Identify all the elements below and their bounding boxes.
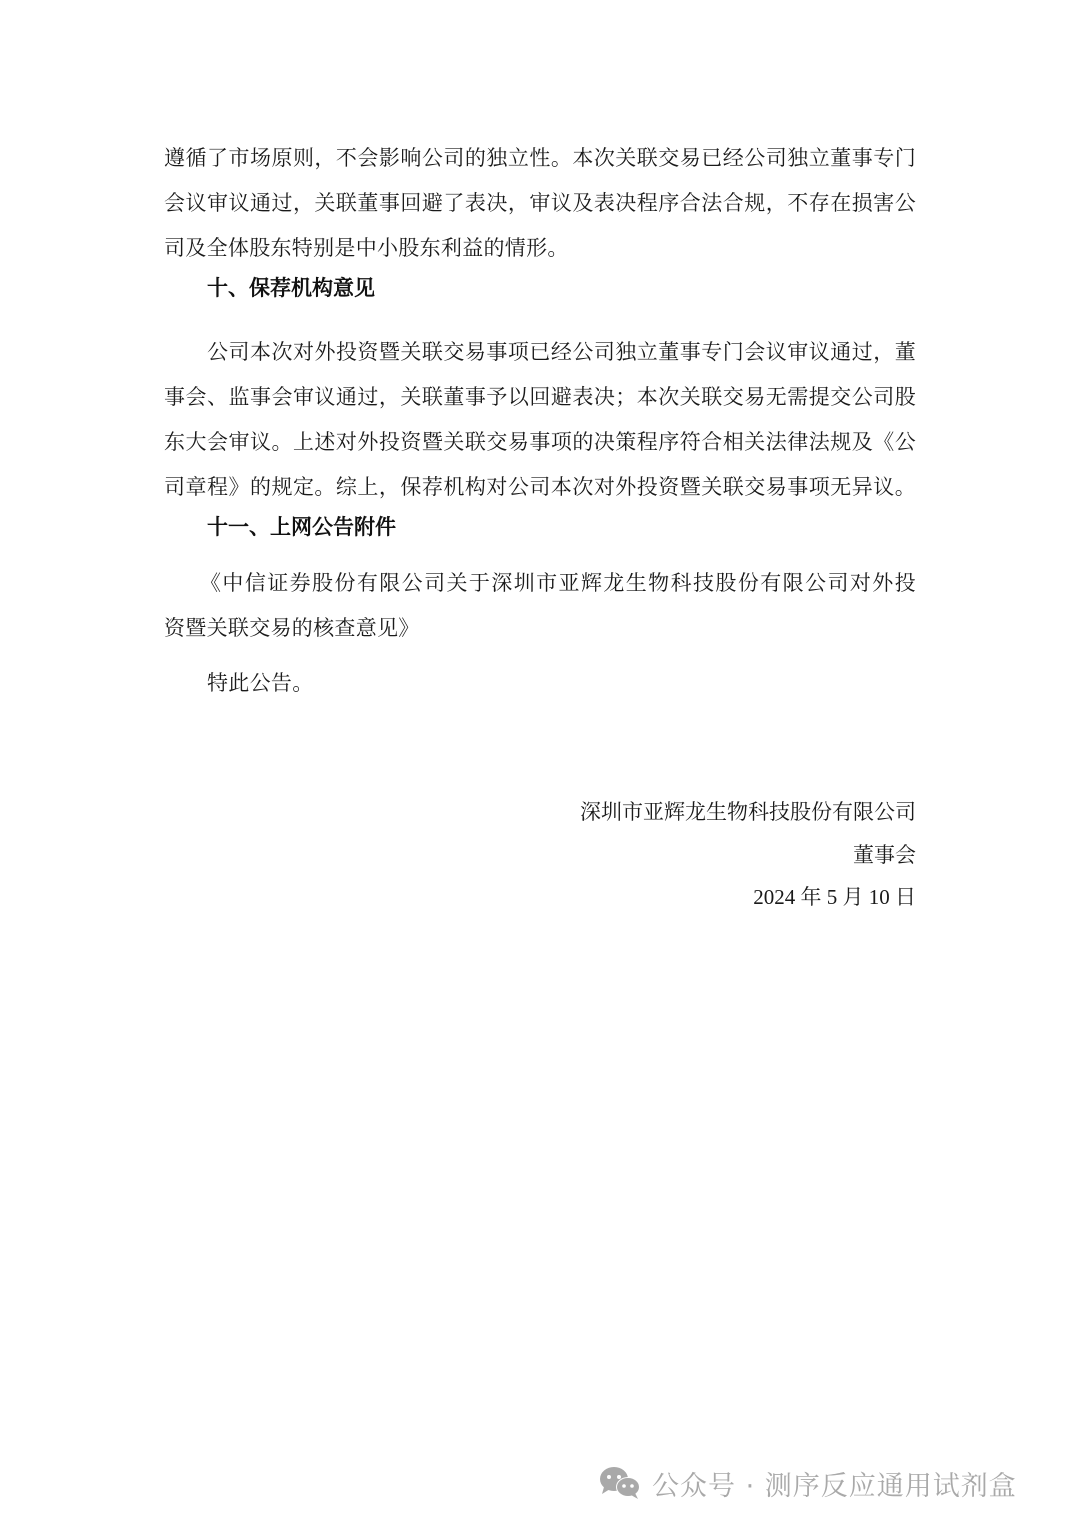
text-line: 事会、监事会审议通过，关联董事予以回避表决；本次关联交易无需提交公司股 [164,375,916,420]
signature-company: 深圳市亚辉龙生物科技股份有限公司 [516,797,916,827]
paragraph-sponsor-opinion: 公司本次对外投资暨关联交易事项已经公司独立董事专门会议审议通过，董 事会、监事会… [164,330,916,510]
wechat-icon [598,1465,642,1501]
watermark: 公众号 · 测序反应通用试剂盒 [598,1462,1017,1504]
text-line: 资暨关联交易的核查意见》 [164,606,916,651]
closing-statement: 特此公告。 [164,661,916,706]
text-line: 司章程》的规定。综上，保荐机构对公司本次对外投资暨关联交易事项无异议。 [164,465,916,510]
signature-date: 2024 年 5 月 10 日 [516,882,916,912]
paragraph-attachment: 《中信证券股份有限公司关于深圳市亚辉龙生物科技股份有限公司对外投 资暨关联交易的… [164,561,916,651]
signature-board: 董事会 [516,840,916,870]
text-line: 《中信证券股份有限公司关于深圳市亚辉龙生物科技股份有限公司对外投 [164,561,916,606]
section-heading-11: 十一、上网公告附件 [207,512,396,542]
section-heading-10: 十、保荐机构意见 [207,273,375,303]
text-line: 司及全体股东特别是中小股东利益的情形。 [164,226,916,271]
text-line: 特此公告。 [164,661,916,706]
watermark-text: 公众号 · 测序反应通用试剂盒 [652,1464,1017,1503]
text-line: 东大会审议。上述对外投资暨关联交易事项的决策程序符合相关法律法规及《公 [164,420,916,465]
document-page: 遵循了市场原则，不会影响公司的独立性。本次关联交易已经公司独立董事专门 会议审议… [0,0,1080,1527]
text-line: 公司本次对外投资暨关联交易事项已经公司独立董事专门会议审议通过，董 [164,330,916,375]
paragraph-continuation: 遵循了市场原则，不会影响公司的独立性。本次关联交易已经公司独立董事专门 会议审议… [164,136,916,271]
text-line: 会议审议通过，关联董事回避了表决，审议及表决程序合法合规，不存在损害公 [164,181,916,226]
text-line: 遵循了市场原则，不会影响公司的独立性。本次关联交易已经公司独立董事专门 [164,136,916,181]
